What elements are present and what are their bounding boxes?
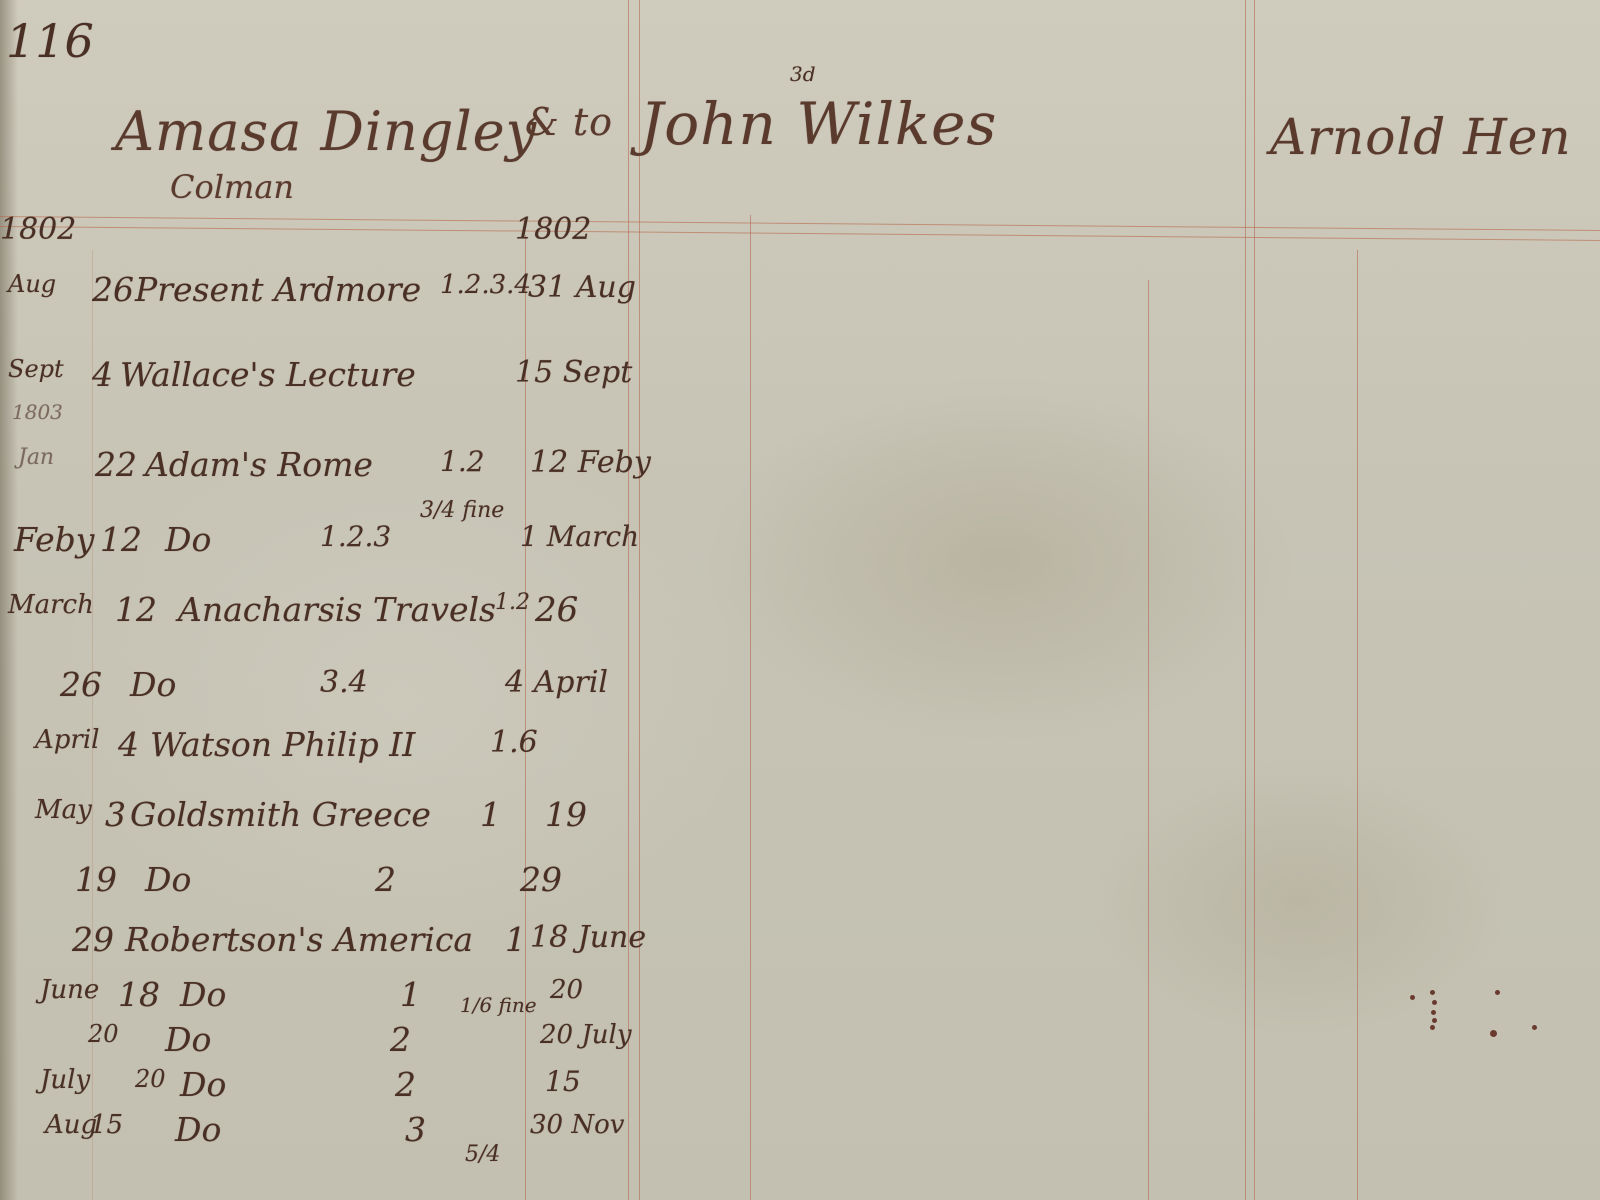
entry-volumes: 1.2 — [440, 445, 485, 478]
entry-volumes: 1.2.3 — [320, 520, 391, 553]
entry-day: 22 — [95, 445, 137, 484]
entry-row: Jan 22 Adam's Rome 1.2 12 Feby — [0, 445, 700, 485]
year-returned: 1802 — [515, 212, 591, 247]
entry-title: Do — [145, 860, 191, 899]
entry-returned: 31 Aug — [528, 270, 636, 305]
entry-returned: 1 March — [520, 520, 639, 553]
entry-title: Do — [165, 1020, 211, 1059]
entry-returned: 20 July — [540, 1020, 632, 1050]
entry-row: 19 Do 2 29 — [0, 860, 700, 900]
account-connector: & to — [525, 100, 613, 144]
entry-row: Aug 26 Present Ardmore 1.2.3.4 31 Aug — [0, 270, 700, 310]
entry-title: Do — [180, 1065, 226, 1104]
entry-title: Wallace's Lecture — [120, 355, 416, 394]
entry-day: 26 — [60, 665, 102, 704]
account-name-left: Amasa Dingley — [115, 100, 537, 163]
entry-month: Sept — [8, 355, 64, 383]
entry-returned: 29 — [520, 860, 562, 899]
entry-title: Do — [175, 1110, 221, 1149]
entry-title: Do — [180, 975, 226, 1014]
entry-returned: 15 Sept — [515, 355, 632, 390]
entry-volumes: 2 — [390, 1020, 411, 1059]
entry-month: Jan — [18, 445, 54, 470]
entry-month: Feby — [14, 520, 94, 559]
entry-row: 26 Do 3.4 4 April — [0, 665, 700, 705]
entry-row: July 20 Do 2 15 — [0, 1065, 700, 1105]
entry-volumes: 1 — [400, 975, 421, 1014]
entry-row: Feby 12 Do 1.2.3 3/4 fine 1 March — [0, 520, 700, 560]
account-name-right: Arnold Hen — [1270, 108, 1572, 166]
page-number: 116 — [6, 14, 94, 68]
entry-day: 12 — [115, 590, 157, 629]
entry-volumes: 3 — [405, 1110, 426, 1149]
rule-col-6 — [1357, 250, 1358, 1200]
entry-row: June 18 Do 1 1/6 fine 20 — [0, 975, 700, 1015]
entry-volumes: 1.6 — [490, 725, 538, 760]
entry-volumes: 2 — [375, 860, 396, 899]
entry-volumes: 2 — [395, 1065, 416, 1104]
entry-row: 29 Robertson's America 1 18 June — [0, 920, 700, 960]
entry-title: Anacharsis Travels — [178, 590, 496, 629]
account-name-sub: Colman — [170, 168, 294, 206]
entry-row: May 3 Goldsmith Greece 1 19 — [0, 795, 700, 835]
entry-month: March — [8, 590, 94, 620]
entry-returned: 4 April — [505, 665, 608, 700]
entry-month: July — [40, 1065, 90, 1095]
entry-title: Goldsmith Greece — [130, 795, 431, 834]
rule-col-4 — [1148, 280, 1149, 1200]
entry-day: 29 — [72, 920, 114, 959]
entry-returned: 26 — [535, 590, 578, 630]
rule-col-3 — [750, 215, 751, 1200]
entry-volumes: 1.2.3.4 — [440, 270, 531, 300]
entry-returned: 19 — [545, 795, 587, 834]
entry-day: 4 — [118, 725, 139, 764]
entry-note: 5/4 — [465, 1142, 500, 1167]
rule-double-c — [1245, 0, 1246, 1200]
entry-note: 1/6 fine — [460, 993, 537, 1017]
rule-double-d — [1254, 0, 1255, 1200]
entry-month: June — [40, 975, 99, 1005]
entry-returned: 15 — [545, 1065, 581, 1098]
ink-spots — [1420, 990, 1540, 1050]
entry-day: 26 — [92, 270, 134, 309]
year-lent: 1802 — [0, 212, 76, 247]
entry-title: Watson Philip II — [150, 725, 415, 764]
entry-day: 19 — [75, 860, 117, 899]
entry-returned: 30 Nov — [530, 1110, 624, 1140]
entry-day: 4 — [92, 355, 113, 394]
account-name-john-wilkes: John Wilkes — [640, 90, 997, 158]
entry-title: Do — [165, 520, 211, 559]
entry-row: 20 Do 2 20 July — [0, 1020, 700, 1060]
entry-row: April 4 Watson Philip II 1.6 — [0, 725, 700, 765]
entry-returned: 12 Feby — [530, 445, 651, 480]
entry-day: 3 — [105, 795, 126, 834]
entry-title: Present Ardmore — [135, 270, 421, 309]
entry-day: 18 — [118, 975, 160, 1014]
entry-day: 20 — [135, 1065, 166, 1093]
entry-row: Aug 15 Do 3 5/4 30 Nov — [0, 1110, 700, 1150]
entry-volumes: 1 — [480, 795, 501, 834]
entry-day: 15 — [90, 1110, 123, 1140]
year-marker: 1803 — [12, 400, 63, 424]
entry-month: Aug — [8, 270, 56, 298]
entry-month: May — [35, 795, 92, 825]
entry-row: Sept 4 Wallace's Lecture 15 Sept — [0, 355, 700, 395]
entry-month: April — [35, 725, 99, 755]
entry-title: Adam's Rome — [145, 445, 373, 484]
entry-volumes: 3.4 — [320, 665, 368, 700]
entry-title: Do — [130, 665, 176, 704]
entry-title: Robertson's America — [125, 920, 473, 959]
entry-row: March 12 Anacharsis Travels 1.2 26 — [0, 590, 700, 630]
ledger-page: 116 Amasa Dingley Colman & to John Wilke… — [0, 0, 1600, 1200]
entry-returned: 20 — [550, 975, 583, 1005]
entry-volumes: 1 — [505, 920, 526, 959]
entry-day: 12 — [100, 520, 142, 559]
entry-returned: 18 June — [530, 920, 646, 955]
ordinal-mark: 3d — [790, 62, 816, 86]
entry-day: 20 — [88, 1020, 119, 1048]
entry-note: 3/4 fine — [420, 498, 504, 523]
entry-volumes: 1.2 — [495, 590, 530, 615]
